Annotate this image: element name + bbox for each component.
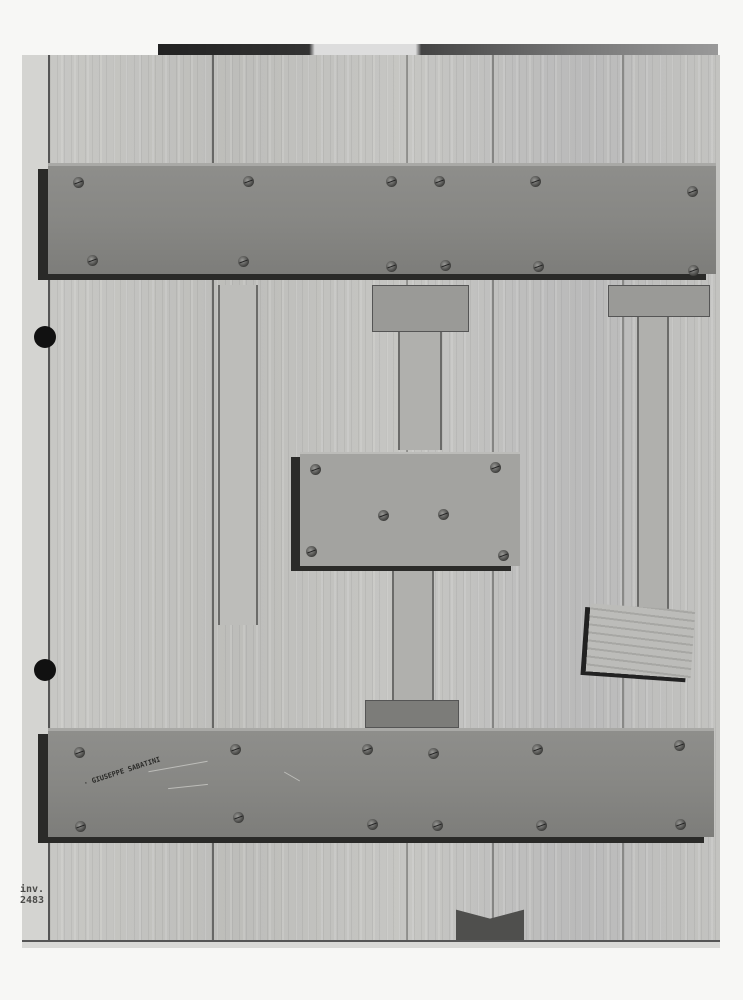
screw-icon	[434, 176, 445, 187]
bottom-batten	[48, 728, 714, 837]
screw-icon	[75, 821, 86, 832]
screw-icon	[688, 265, 699, 276]
screw-icon	[536, 820, 547, 831]
screw-icon	[530, 176, 541, 187]
inventory-mark-number: 2483	[20, 895, 44, 906]
screw-icon	[87, 255, 98, 266]
screw-icon	[243, 176, 254, 187]
screw-icon	[233, 812, 244, 823]
screw-icon	[306, 546, 317, 557]
vertical-strap	[637, 290, 669, 610]
screw-icon	[386, 261, 397, 272]
screw-icon	[490, 462, 501, 473]
screw-icon	[74, 747, 85, 758]
bottom-edge	[22, 940, 720, 948]
metal-patch	[372, 285, 469, 332]
metal-patch	[365, 700, 459, 728]
screw-icon	[440, 260, 451, 271]
screw-icon	[230, 744, 241, 755]
metal-patch	[608, 285, 710, 317]
vertical-strap	[218, 285, 258, 625]
screw-icon	[428, 748, 439, 759]
screw-icon	[533, 261, 544, 272]
wooden-block	[586, 603, 695, 678]
screw-icon	[438, 509, 449, 520]
left-frame-strip	[22, 55, 50, 945]
archival-photograph: · GIUSEPPE SABATINI inv. 2483	[0, 0, 743, 1000]
screw-icon	[532, 744, 543, 755]
screw-icon	[378, 510, 389, 521]
screw-icon	[310, 464, 321, 475]
top-batten	[48, 163, 716, 274]
vertical-strap	[392, 565, 434, 705]
screw-icon	[367, 819, 378, 830]
screw-icon	[432, 820, 443, 831]
binder-hole	[34, 659, 56, 681]
lock-plate	[300, 452, 520, 566]
screw-icon	[73, 177, 84, 188]
screw-icon	[675, 819, 686, 830]
chalk-mark	[168, 784, 208, 789]
inventory-mark-label: inv.	[20, 884, 44, 895]
inventory-mark: inv. 2483	[20, 884, 44, 906]
binder-hole	[34, 326, 56, 348]
screw-icon	[687, 186, 698, 197]
screw-icon	[362, 744, 373, 755]
screw-icon	[674, 740, 685, 751]
screw-icon	[386, 176, 397, 187]
chalk-mark	[284, 772, 300, 782]
screw-icon	[498, 550, 509, 561]
screw-icon	[238, 256, 249, 267]
